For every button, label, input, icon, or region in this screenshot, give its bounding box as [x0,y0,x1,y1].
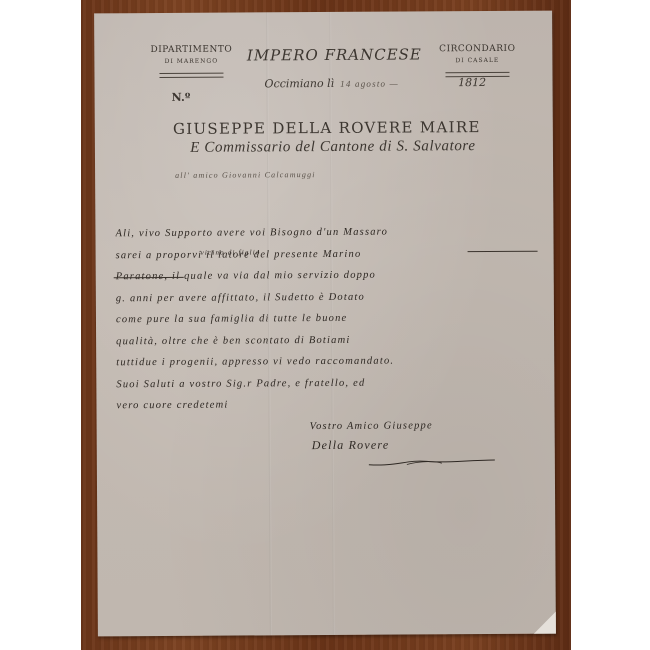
body-line: Suoi Saluti a vostro Sig.r Padre, e frat… [116,371,536,395]
circondario-block: CIRCONDARIO DI CASALE [432,44,522,78]
department-subtitle: DI MARENGO [146,58,236,66]
place-date-line: Occimiano lì 14 agosto — 1812 [264,76,486,90]
body-line: Paratone, il quale va via dal mio serviz… [116,264,536,288]
paper-corner-curl [534,612,556,634]
addressee-line: all' amico Giovanni Calcamuggi [175,170,316,180]
interlinear-insertion: vicino di figlio [201,248,261,256]
double-rule-divider [159,73,223,78]
body-line: come pure la sua famiglia di tutte le bu… [116,307,536,331]
issuer-name: GIUSEPPE DELLA ROVERE MAIRE [147,118,507,138]
year: 1812 [458,76,486,89]
place-prefix: Occimiano lì [264,77,334,90]
department-title: DIPARTIMENTO [146,45,236,56]
body-line: tuttidue i progenii, appresso vi vedo ra… [116,350,536,374]
empire-title: IMPERO FRANCESE [244,45,424,64]
letter-sheet: DIPARTIMENTO DI MARENGO IMPERO FRANCESE … [94,11,556,637]
issuer-title: E Commissario del Cantone di S. Salvator… [143,138,523,157]
body-line: Ali, vivo Supporto avere voi Bisogno d'u… [115,221,535,245]
department-block: DIPARTIMENTO DI MARENGO [146,45,236,79]
body-line: vero cuore credetemi [116,393,536,417]
circondario-subtitle: DI CASALE [432,57,522,65]
body-line: sarei a proporvi il latore del presente … [116,242,536,266]
signature-flourish-icon [367,457,497,468]
valediction: Vostro Amico Giuseppe [310,416,433,436]
handwritten-date: 14 agosto — [340,78,452,89]
body-line: g. anni per avere affittato, il Sudetto … [116,285,536,309]
closing-block: Vostro Amico Giuseppe Della Rovere [310,416,433,455]
circondario-title: CIRCONDARIO [432,44,522,55]
body-line: qualità, oltre che è ben scontato di Bot… [116,328,536,352]
signature: Della Rovere [310,435,433,455]
number-label: N.º [172,91,191,104]
